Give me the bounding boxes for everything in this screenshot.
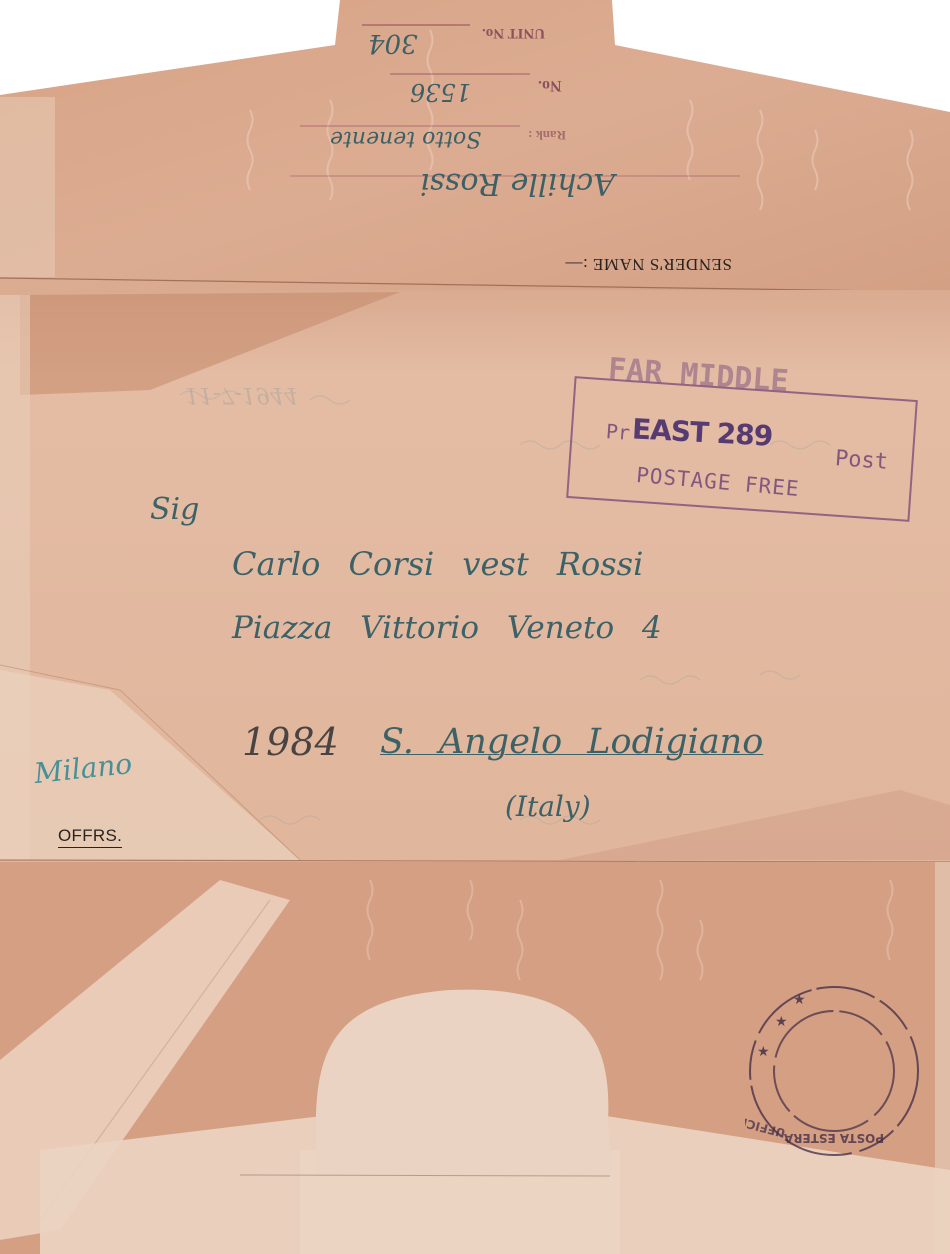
address-city: S. Angelo Lodigiano [380,722,763,762]
sender-name-value: Achille Rossi [420,166,615,201]
no-value: 1536 [410,78,471,106]
rank-value: Sotto tenente [330,126,481,151]
stamp-line2-suffix: Post [834,446,889,475]
svg-text:UFFICIO: UFFICIO [745,1113,787,1141]
svg-text:★: ★ [757,1045,770,1060]
rank-label: Rank : [528,127,566,143]
no-label: No. [538,76,562,94]
showthrough-date: 11-7-1944 [185,382,298,407]
senders-name-label: SENDER'S NAME :— [565,254,732,274]
address-postcode: 1984 [242,720,339,764]
round-postmark: POSTA ESTERA UFFICIO ★ ★ ★ [745,982,923,1160]
unit-no-label: UNIT No. [482,24,545,41]
address-salutation: Sig [150,492,199,527]
stamp-line2-prefix: Pr [605,419,631,445]
svg-text:★: ★ [775,1015,788,1030]
offrs-label: OFFRS. [58,826,122,848]
unit-no-value: 304 [368,28,418,58]
window-cutout [316,990,612,1175]
lettercard-scan: SENDER'S NAME :— UNIT No. No. Rank : 304… [0,0,950,1254]
address-country: (Italy) [505,790,591,823]
address-line2: Piazza Vittorio Veneto 4 [232,610,662,646]
svg-text:POSTA ESTERA: POSTA ESTERA [783,1131,884,1145]
svg-text:★: ★ [793,993,806,1008]
address-line1: Carlo Corsi vest Rossi [232,545,643,583]
